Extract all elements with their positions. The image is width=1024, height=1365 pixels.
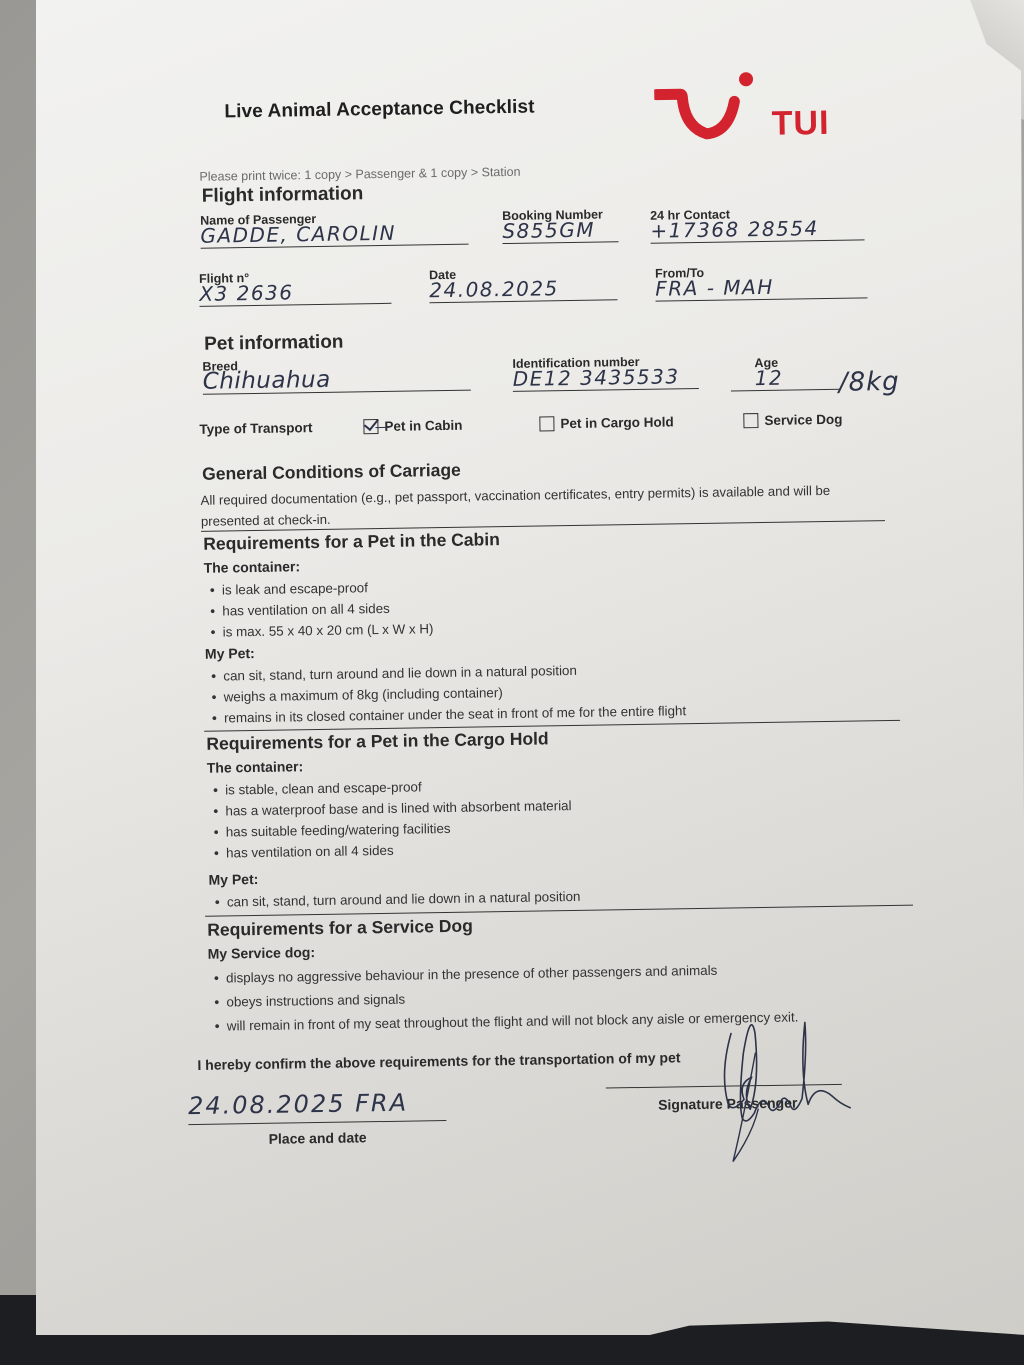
cabin-pet-label: My Pet: bbox=[205, 645, 255, 662]
cabin-container-label: The container: bbox=[204, 558, 301, 576]
pet-in-cargo-hold-label: Pet in Cargo Hold bbox=[560, 414, 673, 431]
weight-note: /8kg bbox=[839, 367, 900, 398]
pet-info-heading: Pet information bbox=[204, 332, 344, 356]
flight-info-heading: Flight information bbox=[202, 183, 364, 208]
service-dog-requirements-heading: Requirements for a Service Dog bbox=[207, 916, 473, 941]
breed-field[interactable]: Breed Chihuahua bbox=[202, 356, 471, 395]
service-dog-label: My Service dog: bbox=[208, 944, 316, 962]
option-service-dog[interactable]: Service Dog bbox=[743, 412, 842, 429]
cabin-requirements-heading: Requirements for a Pet in the Cabin bbox=[203, 529, 500, 555]
general-conditions-heading: General Conditions of Carriage bbox=[202, 460, 461, 485]
option-pet-in-cargo-hold[interactable]: Pet in Cargo Hold bbox=[539, 414, 673, 431]
booking-number-field[interactable]: Booking Number S855GM bbox=[502, 207, 619, 244]
age-field[interactable]: Age 12 bbox=[730, 355, 841, 392]
flight-number-field[interactable]: Flight n° X3 2636 bbox=[199, 269, 392, 307]
flight-number-value: X3 2636 bbox=[199, 281, 391, 304]
transport-type-row: Type of Transport Pet in Cabin Pet in Ca… bbox=[199, 411, 879, 422]
place-date-line bbox=[188, 1120, 446, 1125]
service-dog-checkbox[interactable] bbox=[743, 413, 758, 428]
list-item: can sit, stand, turn around and lie down… bbox=[213, 886, 581, 913]
pet-in-cargo-hold-checkbox[interactable] bbox=[539, 416, 554, 431]
cargo-container-label: The container: bbox=[207, 758, 304, 776]
list-item: has ventilation on all 4 sides bbox=[212, 837, 572, 864]
form-title: Live Animal Acceptance Checklist bbox=[224, 97, 534, 124]
confirmation-text: I hereby confirm the above requirements … bbox=[197, 1049, 680, 1073]
transport-type-label: Type of Transport bbox=[199, 420, 312, 437]
breed-value: Chihuahua bbox=[203, 368, 471, 392]
identification-number-field[interactable]: Identification number DE12 3435533 bbox=[512, 354, 699, 392]
cabin-container-list: is leak and escape-proof has ventilation… bbox=[208, 576, 434, 643]
place-date-field[interactable]: 24.08.2025 FRA Place and date bbox=[188, 1086, 449, 1150]
contact-field[interactable]: 24 hr Contact +17368 28554 bbox=[650, 205, 865, 243]
age-value: 12 bbox=[731, 367, 841, 389]
from-to-field[interactable]: From/To FRA - MAH bbox=[655, 263, 868, 301]
handwritten-signature-icon bbox=[671, 1011, 893, 1164]
booking-number-value: S855GM bbox=[502, 219, 618, 241]
checklist-form: Live Animal Acceptance Checklist TUI Ple… bbox=[186, 71, 913, 1182]
general-conditions-text: All required documentation (e.g., pet pa… bbox=[200, 479, 881, 532]
place-date-value: 24.08.2025 FRA bbox=[188, 1089, 408, 1120]
date-value: 24.08.2025 bbox=[429, 277, 617, 300]
place-date-label: Place and date bbox=[268, 1129, 366, 1147]
date-field[interactable]: Date 24.08.2025 bbox=[429, 265, 618, 303]
cargo-pet-label: My Pet: bbox=[208, 871, 258, 888]
from-to-value: FRA - MAH bbox=[655, 275, 867, 298]
print-note: Please print twice: 1 copy > Passenger &… bbox=[199, 165, 520, 184]
option-pet-in-cabin[interactable]: Pet in Cabin bbox=[363, 418, 462, 435]
cargo-container-list: is stable, clean and escape-proof has a … bbox=[211, 774, 572, 864]
paper-sheet: Live Animal Acceptance Checklist TUI Ple… bbox=[36, 0, 1024, 1335]
passenger-name-field[interactable]: Name of Passenger GADDE, CAROLIN bbox=[200, 210, 469, 249]
cabin-pet-list: can sit, stand, turn around and lie down… bbox=[209, 658, 686, 728]
cargo-pet-list: can sit, stand, turn around and lie down… bbox=[213, 886, 581, 913]
pet-in-cabin-label: Pet in Cabin bbox=[384, 418, 462, 434]
identification-number-value: DE12 3435533 bbox=[513, 366, 699, 389]
age-line bbox=[731, 389, 841, 392]
contact-value: +17368 28554 bbox=[650, 217, 864, 240]
service-dog-label: Service Dog bbox=[764, 412, 842, 428]
passenger-name-value: GADDE, CAROLIN bbox=[200, 222, 468, 246]
pen-strike-mark bbox=[375, 427, 389, 428]
brand-name: TUI bbox=[771, 104, 829, 144]
cargo-requirements-heading: Requirements for a Pet in the Cargo Hold bbox=[206, 728, 549, 754]
list-item: is max. 55 x 40 x 20 cm (L x W x H) bbox=[208, 618, 433, 643]
